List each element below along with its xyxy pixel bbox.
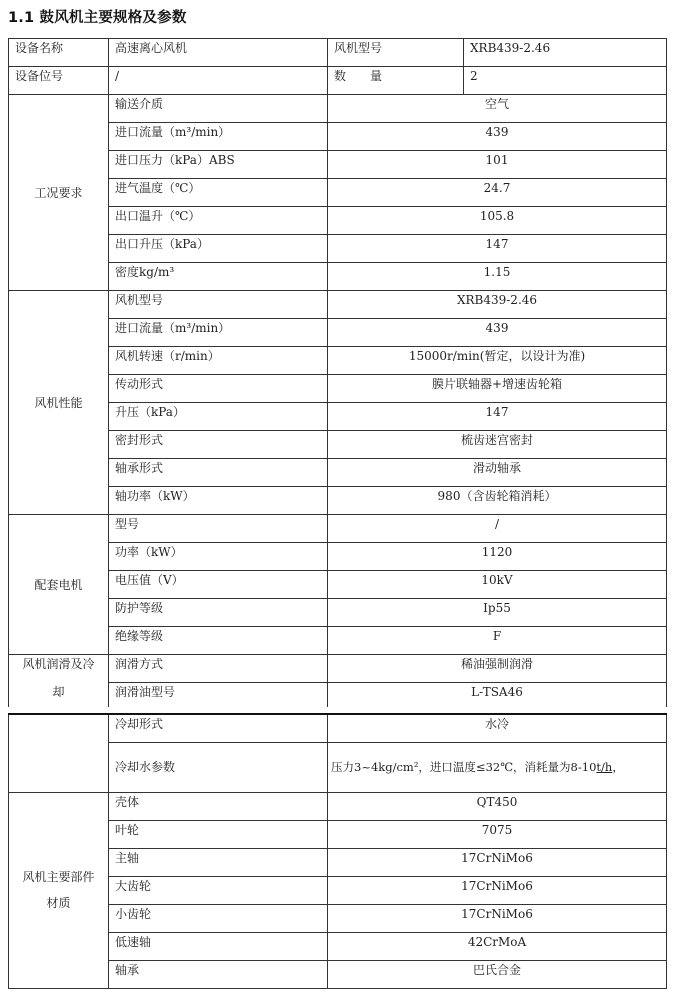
param-value: 膜片联轴器+增速齿轮箱 bbox=[328, 375, 667, 403]
param-label: 绝缘等级 bbox=[109, 627, 328, 655]
table-row: 配套电机 型号 / bbox=[9, 515, 667, 543]
param-label: 出口升压（kPa） bbox=[109, 235, 328, 263]
group-motor: 配套电机 bbox=[9, 515, 109, 655]
param-value: 105.8 bbox=[328, 207, 667, 235]
param-label: 出口温升（℃） bbox=[109, 207, 328, 235]
value-fan-model: XRB439-2.46 bbox=[464, 39, 667, 67]
param-label: 传动形式 bbox=[109, 375, 328, 403]
param-label: 轴承 bbox=[109, 960, 328, 988]
param-value: F bbox=[328, 627, 667, 655]
table-row: 风机性能 风机型号 XRB439-2.46 bbox=[9, 291, 667, 319]
param-label: 冷却水参数 bbox=[109, 742, 328, 792]
group-lubrication-cooling-line1: 风机润滑及冷 bbox=[9, 655, 109, 683]
param-label: 电压值（V） bbox=[109, 571, 328, 599]
table-row: 冷却形式 水冷 bbox=[9, 714, 667, 742]
param-value: 10kV bbox=[328, 571, 667, 599]
param-value: 滑动轴承 bbox=[328, 459, 667, 487]
param-label: 润滑方式 bbox=[109, 655, 328, 683]
value-device-name: 高速离心风机 bbox=[109, 39, 328, 67]
param-label: 叶轮 bbox=[109, 820, 328, 848]
group-operating-conditions: 工况要求 bbox=[9, 95, 109, 291]
param-value: XRB439-2.46 bbox=[328, 291, 667, 319]
param-label: 型号 bbox=[109, 515, 328, 543]
param-label: 壳体 bbox=[109, 792, 328, 820]
group-lubrication-cooling-line2: 却 bbox=[9, 683, 109, 707]
spec-table-page2: 冷却形式 水冷 冷却水参数 压力3~4kg/cm²，进口温度≤32℃，消耗量为8… bbox=[8, 713, 667, 989]
param-value: 147 bbox=[328, 403, 667, 431]
section-heading: 1.1 鼓风机主要规格及参数 bbox=[8, 6, 187, 27]
param-label: 大齿轮 bbox=[109, 876, 328, 904]
param-label: 密封形式 bbox=[109, 431, 328, 459]
param-value: QT450 bbox=[328, 792, 667, 820]
param-label: 小齿轮 bbox=[109, 904, 328, 932]
param-label: 升压（kPa） bbox=[109, 403, 328, 431]
group-fan-performance: 风机性能 bbox=[9, 291, 109, 515]
param-value-cooling-water: 压力3~4kg/cm²，进口温度≤32℃，消耗量为8-10t/h， bbox=[328, 742, 667, 792]
param-value: L-TSA46 bbox=[328, 683, 667, 707]
group-material: 风机主要部件 材质 bbox=[9, 792, 109, 988]
param-label: 进口流量（m³/min） bbox=[109, 123, 328, 151]
param-value: 巴氏合金 bbox=[328, 960, 667, 988]
param-label: 输送介质 bbox=[109, 95, 328, 123]
param-label: 低速轴 bbox=[109, 932, 328, 960]
param-value: 101 bbox=[328, 151, 667, 179]
param-label: 风机型号 bbox=[109, 291, 328, 319]
param-label: 密度kg/m³ bbox=[109, 263, 328, 291]
param-value: 17CrNiMo6 bbox=[328, 904, 667, 932]
param-value: / bbox=[328, 515, 667, 543]
group-material-line2: 材质 bbox=[9, 890, 108, 916]
param-value: 水冷 bbox=[328, 714, 667, 742]
param-value: 15000r/min(暂定，以设计为准) bbox=[328, 347, 667, 375]
cooling-water-tail: ， bbox=[612, 760, 624, 774]
param-value: 1.15 bbox=[328, 263, 667, 291]
table-row: 风机主要部件 材质 壳体 QT450 bbox=[9, 792, 667, 820]
param-value: 439 bbox=[328, 123, 667, 151]
cooling-water-text: 压力3~4kg/cm²，进口温度≤32℃，消耗量为8-10 bbox=[331, 760, 596, 774]
param-value: 17CrNiMo6 bbox=[328, 848, 667, 876]
value-device-tag: / bbox=[109, 67, 328, 95]
label-device-tag: 设备位号 bbox=[9, 67, 109, 95]
group-material-line1: 风机主要部件 bbox=[9, 864, 108, 890]
cooling-water-unit: t/h bbox=[596, 760, 612, 774]
param-value: 空气 bbox=[328, 95, 667, 123]
label-fan-model: 风机型号 bbox=[328, 39, 464, 67]
param-value: 1120 bbox=[328, 543, 667, 571]
param-label: 进口流量（m³/min） bbox=[109, 319, 328, 347]
param-value: 稀油强制润滑 bbox=[328, 655, 667, 683]
param-value: 980（含齿轮箱消耗） bbox=[328, 487, 667, 515]
table-row: 却 润滑油型号 L-TSA46 bbox=[9, 683, 667, 707]
param-label: 润滑油型号 bbox=[109, 683, 328, 707]
param-value: 梳齿迷宫密封 bbox=[328, 431, 667, 459]
param-value: Ip55 bbox=[328, 599, 667, 627]
label-device-name: 设备名称 bbox=[9, 39, 109, 67]
group-cooling-continued bbox=[9, 714, 109, 792]
param-label: 主轴 bbox=[109, 848, 328, 876]
spec-table-page1: 设备名称 高速离心风机 风机型号 XRB439-2.46 设备位号 / 数 量 … bbox=[8, 38, 667, 707]
table-row: 设备位号 / 数 量 2 bbox=[9, 67, 667, 95]
param-value: 17CrNiMo6 bbox=[328, 876, 667, 904]
param-label: 进口压力（kPa）ABS bbox=[109, 151, 328, 179]
param-value: 24.7 bbox=[328, 179, 667, 207]
param-label: 冷却形式 bbox=[109, 714, 328, 742]
param-label: 功率（kW） bbox=[109, 543, 328, 571]
label-quantity: 数 量 bbox=[328, 67, 464, 95]
param-value: 7075 bbox=[328, 820, 667, 848]
param-value: 439 bbox=[328, 319, 667, 347]
param-label: 进气温度（℃） bbox=[109, 179, 328, 207]
value-quantity: 2 bbox=[464, 67, 667, 95]
param-value: 147 bbox=[328, 235, 667, 263]
param-label: 轴功率（kW） bbox=[109, 487, 328, 515]
param-label: 轴承形式 bbox=[109, 459, 328, 487]
table-row: 设备名称 高速离心风机 风机型号 XRB439-2.46 bbox=[9, 39, 667, 67]
param-label: 防护等级 bbox=[109, 599, 328, 627]
param-label: 风机转速（r/min） bbox=[109, 347, 328, 375]
param-value: 42CrMoA bbox=[328, 932, 667, 960]
table-row: 工况要求 输送介质 空气 bbox=[9, 95, 667, 123]
table-row: 风机润滑及冷 润滑方式 稀油强制润滑 bbox=[9, 655, 667, 683]
